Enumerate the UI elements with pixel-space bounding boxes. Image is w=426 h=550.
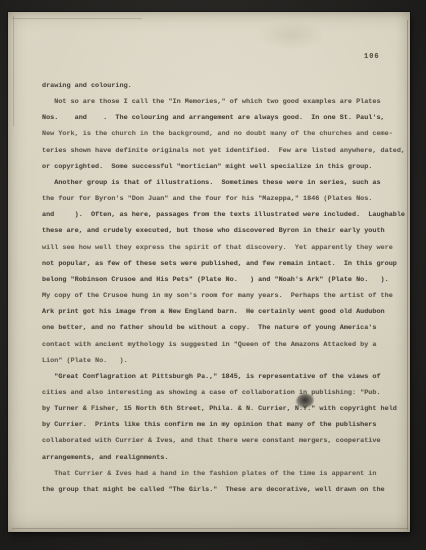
typewritten-line: "Great Conflagration at Pittsburgh Pa.,"… xyxy=(42,369,406,385)
typewritten-line: Not so are those I call the "In Memories… xyxy=(42,94,406,110)
typewritten-line: My copy of the Crusoe hung in my son's r… xyxy=(42,288,406,304)
typewritten-line: Ark print got his image from a New Engla… xyxy=(42,304,406,320)
typewritten-line: Lion" (Plate No. ). xyxy=(42,353,406,369)
typewritten-line: Another group is that of illustrations. … xyxy=(42,175,406,191)
typewritten-line: Nos. and . The colouring and arrangement… xyxy=(42,110,406,126)
paper-edge-line-horizontal xyxy=(12,18,142,19)
typewritten-line: collaborated with Currier & Ives, and th… xyxy=(42,433,406,449)
manuscript-page: 106 drawing and colouring. Not so are th… xyxy=(8,12,410,532)
typewritten-line: by Currier. Prints like this confirm me … xyxy=(42,417,406,433)
paper-edge-line-vertical xyxy=(13,16,14,126)
typewritten-line: and ). Often, as here, passages from the… xyxy=(42,207,406,223)
typewritten-line: cities and also interesting as showing a… xyxy=(42,385,406,401)
page-number: 106 xyxy=(364,52,380,62)
typewritten-line: by Turner & Fisher, 15 North 6th Street,… xyxy=(42,401,406,417)
typewritten-line: or copyrighted. Some successful "mortici… xyxy=(42,159,406,175)
scan-background: 106 drawing and colouring. Not so are th… xyxy=(0,0,426,550)
typewritten-line: these are, and crudely executed, but tho… xyxy=(42,223,406,239)
typewritten-line: arrangements, and realignments. xyxy=(42,450,406,466)
typewritten-line: not popular, as few of these sets were p… xyxy=(42,256,406,272)
typewritten-line: belong "Robinson Crusoe and His Pets" (P… xyxy=(42,272,406,288)
typewritten-line: the four for Byron's "Don Juan" and the … xyxy=(42,191,406,207)
typewritten-line: one better, and no father should be with… xyxy=(42,320,406,336)
typewritten-line: That Currier & Ives had a hand in the fa… xyxy=(42,466,406,482)
typewritten-line: will see how well they express the spiri… xyxy=(42,240,406,256)
paper-stain xyxy=(256,20,326,50)
typewritten-line: teries shown have definite originals not… xyxy=(42,143,406,159)
typewritten-line: New York, is the church in the backgroun… xyxy=(42,126,406,142)
typewritten-line: the group that might be called "The Girl… xyxy=(42,482,406,498)
typewritten-text: drawing and colouring. Not so are those … xyxy=(42,78,406,498)
typewritten-line: contact with ancient mythology is sugges… xyxy=(42,337,406,353)
typewritten-line: drawing and colouring. xyxy=(42,78,406,94)
